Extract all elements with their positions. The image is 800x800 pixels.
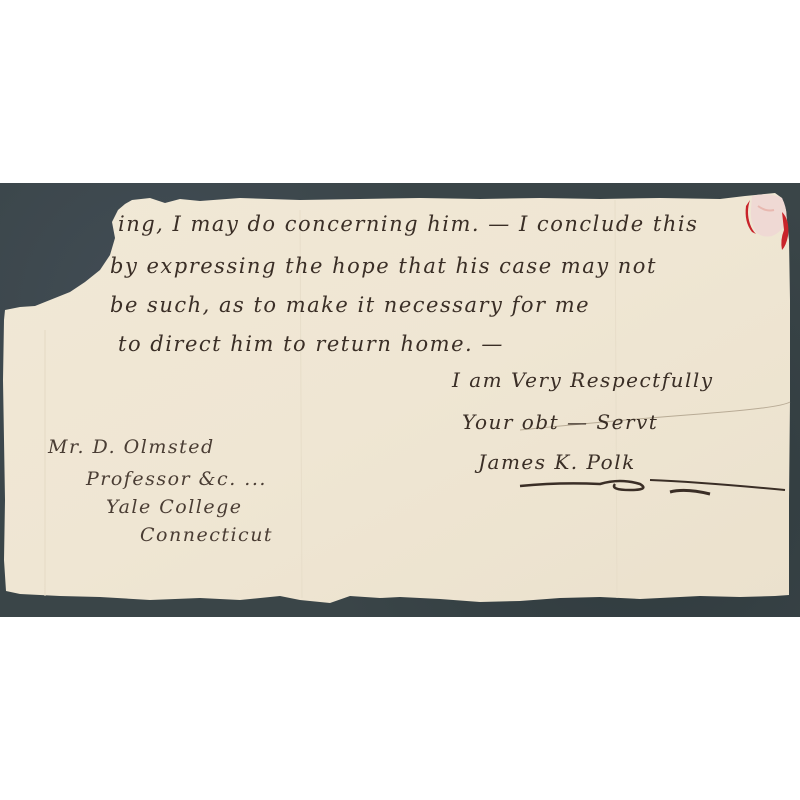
address-state: Connecticut xyxy=(140,524,273,546)
address-recipient: Mr. D. Olmsted xyxy=(48,436,215,458)
valediction: I am Very Respectfully xyxy=(452,368,714,392)
letter-line-2: by expressing the hope that his case may… xyxy=(110,254,657,278)
wax-seal-icon xyxy=(738,192,790,254)
signature-flourish xyxy=(500,470,790,500)
complimentary-close: Your obt — Servt xyxy=(462,410,658,434)
paper-sheet xyxy=(0,0,800,800)
address-title: Professor &c. ... xyxy=(86,468,267,490)
letter-line-3: be such, as to make it necessary for me xyxy=(110,293,590,317)
letter-line-1: ing, I may do concerning him. — I conclu… xyxy=(118,212,698,236)
letter-line-4: to direct him to return home. — xyxy=(118,332,504,356)
address-institution: Yale College xyxy=(106,496,243,518)
